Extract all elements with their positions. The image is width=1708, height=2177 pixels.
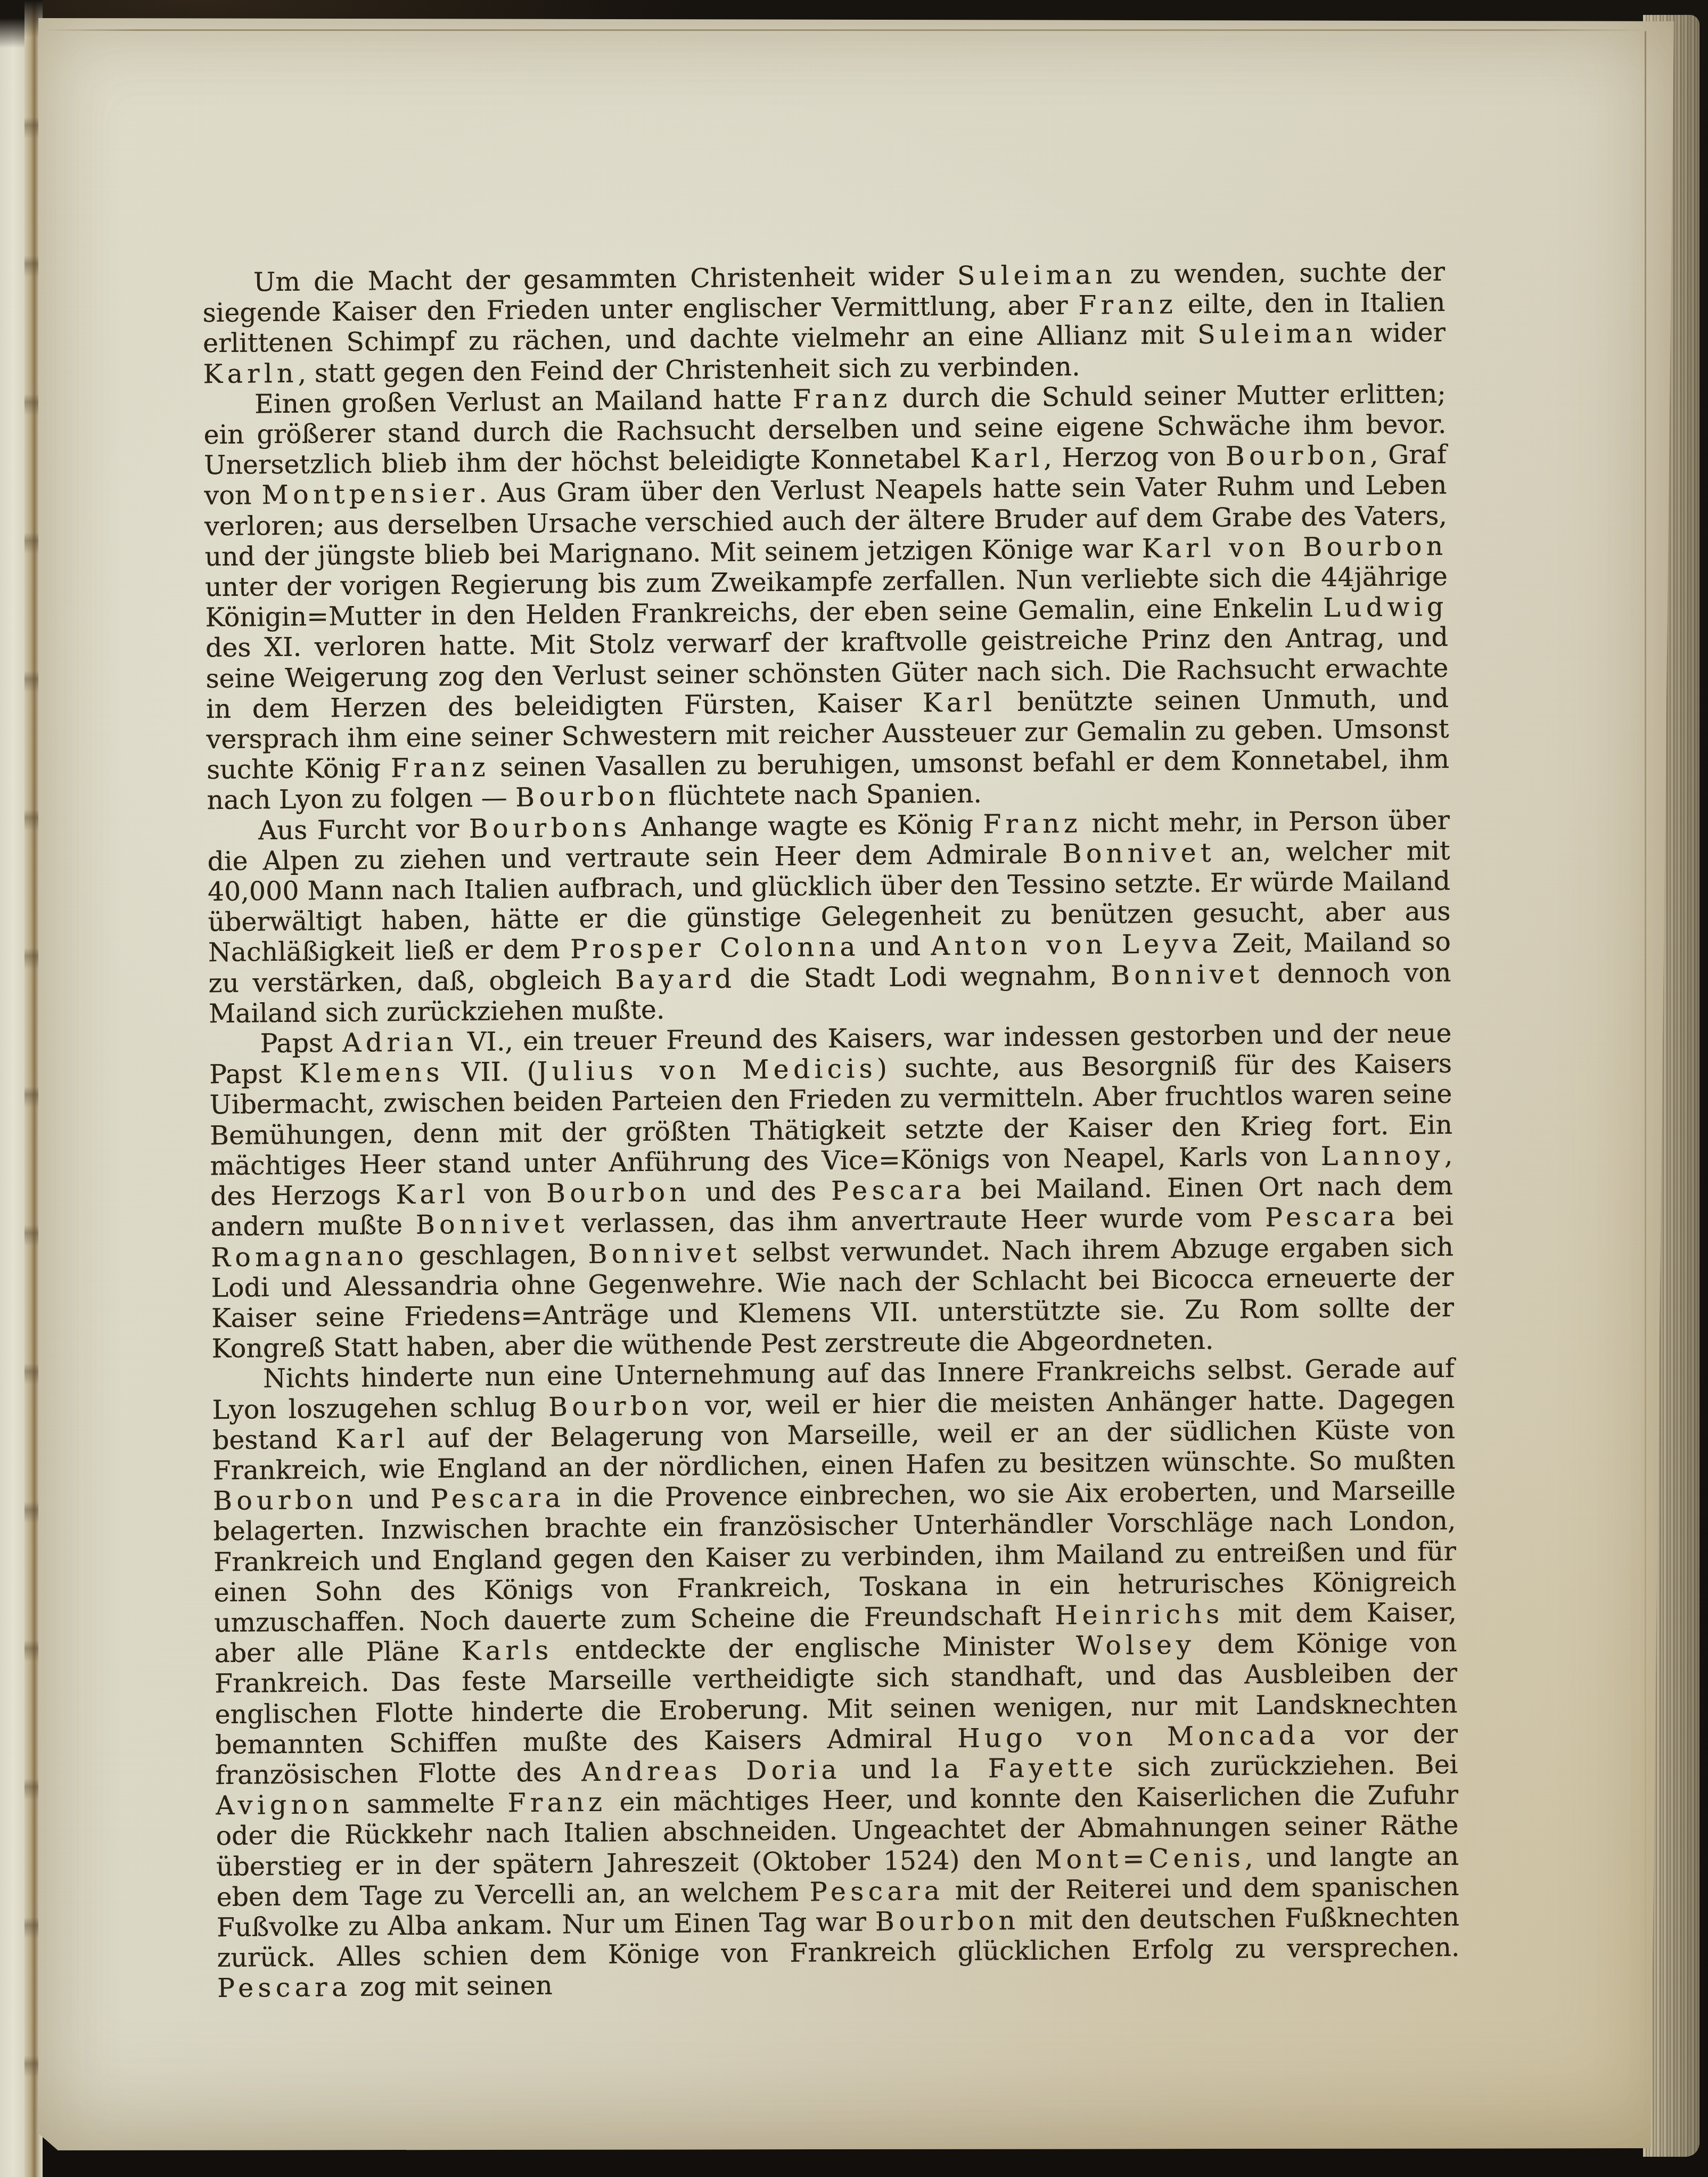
text-run: die Stadt Lodi wegnahm, (736, 960, 1111, 994)
spaced-proper-name: Prosper Colonna (570, 932, 860, 965)
spaced-proper-name: Karl (396, 1179, 470, 1210)
spaced-proper-name: Pescara (217, 1972, 352, 2003)
spaced-proper-name: Anton von Leyva (931, 929, 1222, 962)
text-run: bei (1399, 1201, 1453, 1232)
text-run: wider (1357, 317, 1446, 348)
spaced-proper-name: Pescara (831, 1175, 966, 1206)
spaced-proper-name: Bonnivet (1062, 838, 1216, 870)
spaced-proper-name: Bourbon (515, 781, 660, 813)
text-run: , Herzog von (1044, 441, 1226, 473)
text-run: entdeckte der englische Minister (553, 1631, 1076, 1666)
spaced-proper-name: Bourbon (1226, 440, 1370, 471)
text-run: flüchtete nach Spanien. (660, 779, 982, 812)
spaced-proper-name: Suleiman (1197, 318, 1357, 350)
spaced-proper-name: Montpensier (261, 478, 479, 511)
spaced-proper-name: Julius von Medicis (537, 1054, 877, 1087)
spaced-proper-name: Bourbon (875, 1905, 1020, 1937)
paragraph: Papst Adrian VI., ein treuer Freund des … (209, 1018, 1454, 1364)
cover-impression-line-top (44, 29, 1644, 31)
paragraph: Aus Furcht vor Bourbons Anhange wagte es… (207, 805, 1451, 1029)
spaced-proper-name: Franz (1078, 289, 1177, 321)
spaced-proper-name: Bourbon (546, 1177, 691, 1208)
text-run: und (841, 1754, 931, 1785)
spaced-proper-name: Bonnivet (1111, 959, 1264, 991)
text-block: Um die Macht der gesammten Christenheit … (202, 257, 1460, 2004)
spaced-proper-name: Ludwig (1323, 592, 1448, 623)
spaced-proper-name: Bonnivet (416, 1209, 569, 1241)
spaced-proper-name: Bayard (615, 963, 736, 995)
spaced-proper-name: Hugo von Moncada (957, 1720, 1320, 1754)
spaced-proper-name: Bourbons (469, 812, 631, 844)
text-run: und (357, 1484, 431, 1515)
text-run: sammelte (354, 1788, 508, 1820)
spaced-proper-name: Adrian (342, 1027, 458, 1058)
spaced-proper-name: Suleiman (957, 259, 1117, 291)
spaced-proper-name: Klemens (299, 1058, 444, 1089)
spaced-proper-name: Bourbon (213, 1485, 358, 1516)
spaced-proper-name: Lannoy (1321, 1140, 1445, 1172)
spaced-proper-name: Pescara (809, 1876, 944, 1907)
spaced-proper-name: Avignon (216, 1789, 354, 1821)
spaced-proper-name: Franz (983, 808, 1082, 840)
text-run: unter der vorigen Regierung bis zum Zwei… (205, 561, 1448, 633)
paragraph: Um die Macht der gesammten Christenheit … (202, 257, 1446, 389)
cover-impression-line-right (1645, 31, 1646, 2129)
spaced-proper-name: Karl (335, 1423, 409, 1454)
spaced-proper-name: Mont=Cenis (1035, 1843, 1245, 1875)
text-run: und (860, 931, 931, 962)
text-run: und des (691, 1176, 831, 1207)
spaced-proper-name: Karls (462, 1635, 553, 1666)
spaced-proper-name: Franz (507, 1787, 606, 1819)
text-run: zog mit seinen (351, 1970, 553, 2002)
text-run: VII. ( (444, 1057, 537, 1088)
text-run: sich zurückziehen. Bei (1118, 1749, 1458, 1783)
spaced-proper-name: Romagnano (211, 1240, 408, 1272)
text-run: Papst (260, 1028, 342, 1059)
spaced-proper-name: Heinrichs (1055, 1599, 1224, 1631)
book-page: Um die Macht der gesammten Christenheit … (38, 18, 1674, 2150)
text-run: Einen großen Verlust an Mailand hatte (254, 384, 793, 419)
text-run: geschlagen, (408, 1239, 588, 1271)
spaced-proper-name: Karl (923, 687, 997, 718)
spaced-proper-name: Bonnivet (588, 1238, 741, 1270)
paragraph: Einen großen Verlust an Mailand hatte Fr… (203, 379, 1450, 816)
adjacent-page-edge (0, 0, 24, 2177)
spaced-proper-name: Andreas Doria (581, 1755, 841, 1787)
spaced-proper-name: la Fayette (931, 1752, 1118, 1784)
spaced-proper-name: Bourbon (548, 1390, 693, 1422)
text-run: Aus Furcht vor (258, 814, 469, 846)
spaced-proper-name: Pescara (1265, 1201, 1400, 1233)
spaced-proper-name: Franz (391, 752, 490, 784)
spaced-proper-name: Franz (793, 383, 892, 415)
spaced-proper-name: Karl (970, 443, 1044, 474)
paragraph: Nichts hinderte nun eine Unternehmung au… (212, 1353, 1460, 2004)
text-run: von (469, 1178, 546, 1209)
text-run: Anhange wagte es König (631, 809, 983, 842)
spaced-proper-name: Karl von Bourbon (1142, 531, 1447, 564)
spaced-proper-name: Karln (203, 358, 298, 389)
spaced-proper-name: Wolsey (1076, 1630, 1196, 1661)
spaced-proper-name: Pescara (430, 1483, 565, 1515)
